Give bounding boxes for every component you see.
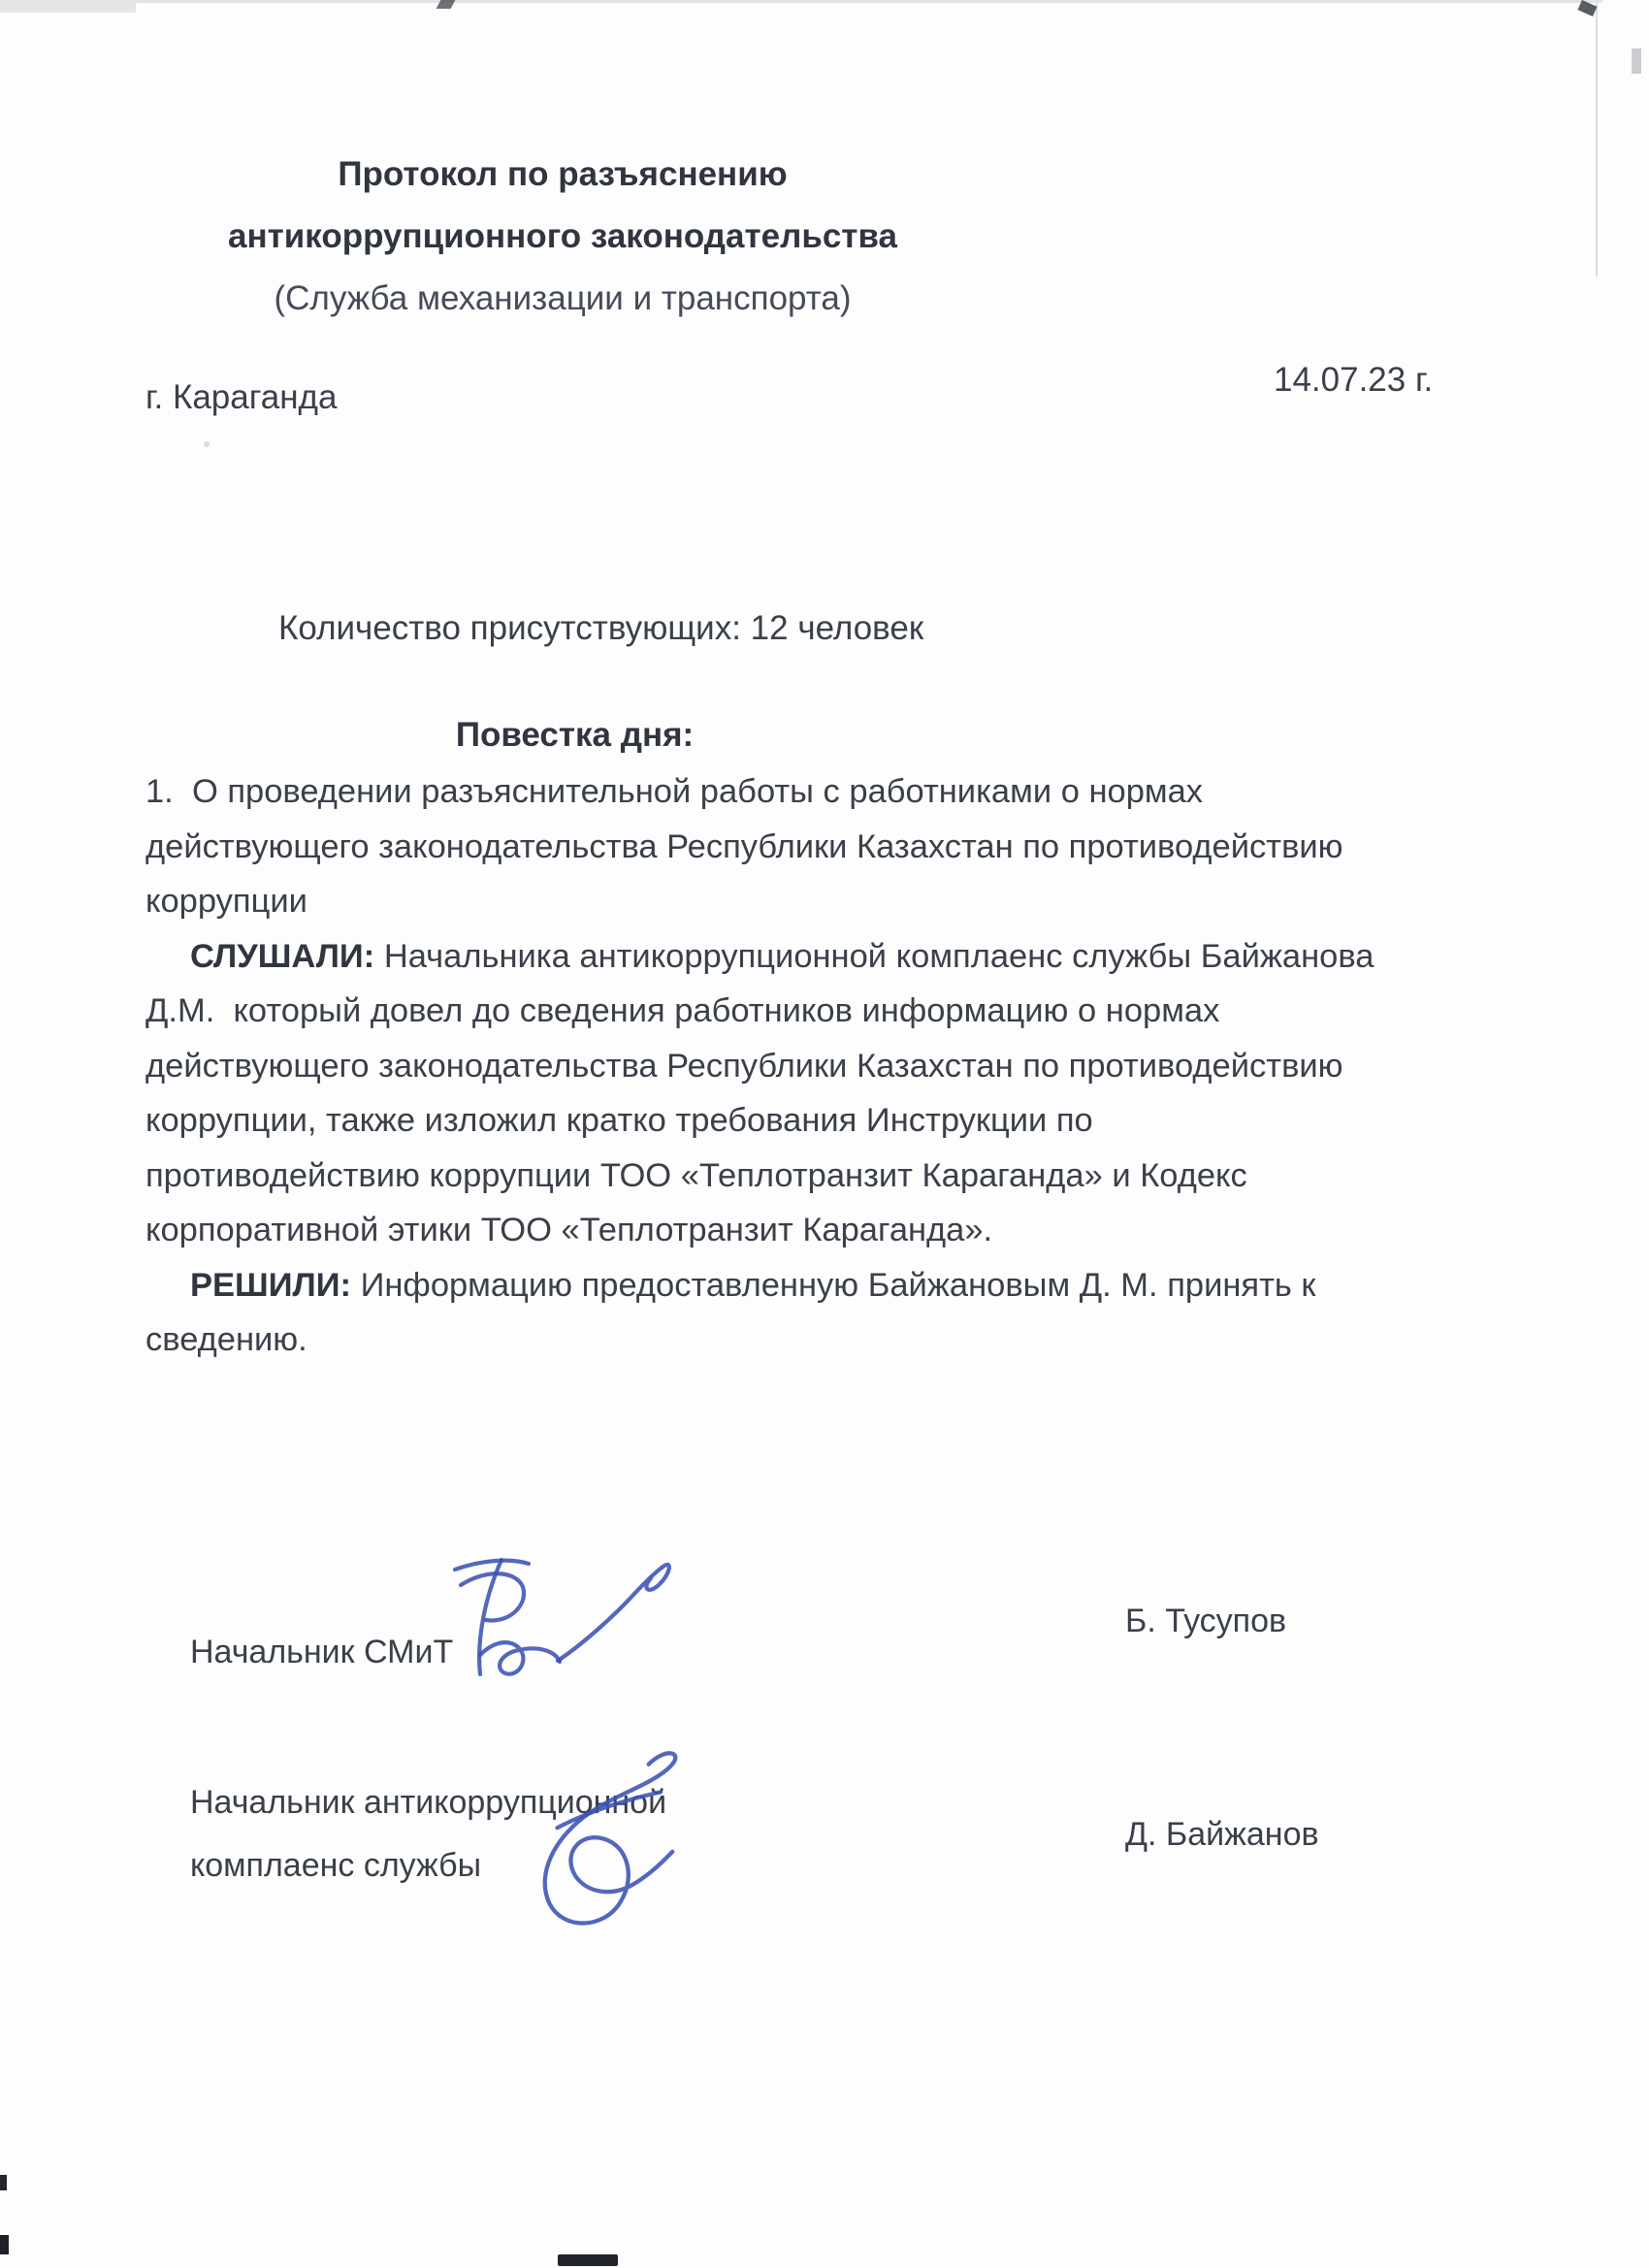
signer-name-2: Д. Байжанов [1125,1816,1319,1854]
scan-artifact-topleft-smudge [0,0,136,13]
signer-name-1: Б. Тусупов [1125,1603,1286,1640]
scan-artifact-top-tick [436,0,456,9]
scan-artifact-topright-tick [1577,0,1597,16]
body-line: 1. О проведении разъяснительной работы с… [145,764,1562,820]
attendees-count-line: Количество присутствующих: 12 человек [278,609,923,648]
body-line: противодействию коррупции ТОО «Теплотран… [145,1149,1562,1204]
slushali-label: СЛУШАЛИ: [190,938,374,975]
city-label: г. Караганда [145,378,337,417]
body-line: действующего законодательства Республики… [145,1039,1562,1094]
scan-artifact-bottomleft-dash [0,2235,9,2254]
protocol-body: 1. О проведении разъяснительной работы с… [145,764,1562,1368]
scan-artifact-bottom-dash [558,2254,618,2266]
scan-artifact-right-dash [1632,49,1641,74]
scan-artifact-top-hairline [0,0,1602,3]
scan-artifact-speck [204,441,210,447]
agenda-heading: Повестка дня: [0,716,1149,755]
body-line: Д.М. который довел до сведения работнико… [145,984,1562,1039]
signer-role-1: Начальник СМиТ [190,1634,453,1671]
body-line-slushali: СЛУШАЛИ: Начальника антикоррупционной ко… [145,929,1562,985]
date-label: 14.07.23 г. [1274,361,1433,400]
document-title-line-2: антикоррупционного законодательства [0,206,1125,268]
document-subtitle: (Служба механизации и транспорта) [0,268,1125,330]
agenda-item-text: 1. О проведении разъяснительной работы с… [145,773,1203,810]
scan-artifact-bottomleft-dash [0,2175,7,2190]
body-line-reshili: РЕШИЛИ: Информацию предоставленную Байжа… [145,1258,1562,1313]
document-title-line-1: Протокол по разъяснению [0,144,1125,206]
signature-tusupov-ink [417,1539,698,1694]
body-line: действующего законодательства Республики… [145,820,1562,875]
signature-baizhanov-ink [500,1731,698,1944]
scan-artifact-right-edge-line [1596,3,1598,276]
body-line: корпоративной этики ТОО «Теплотранзит Ка… [145,1203,1562,1258]
body-line: сведению. [145,1312,1562,1368]
reshili-label: РЕШИЛИ: [190,1267,351,1304]
body-line: коррупции, также изложил кратко требован… [145,1093,1562,1149]
document-title-block: Протокол по разъяснению антикоррупционно… [0,144,1125,330]
scanned-protocol-page: Протокол по разъяснению антикоррупционно… [0,0,1649,2268]
body-line: коррупции [145,874,1562,929]
